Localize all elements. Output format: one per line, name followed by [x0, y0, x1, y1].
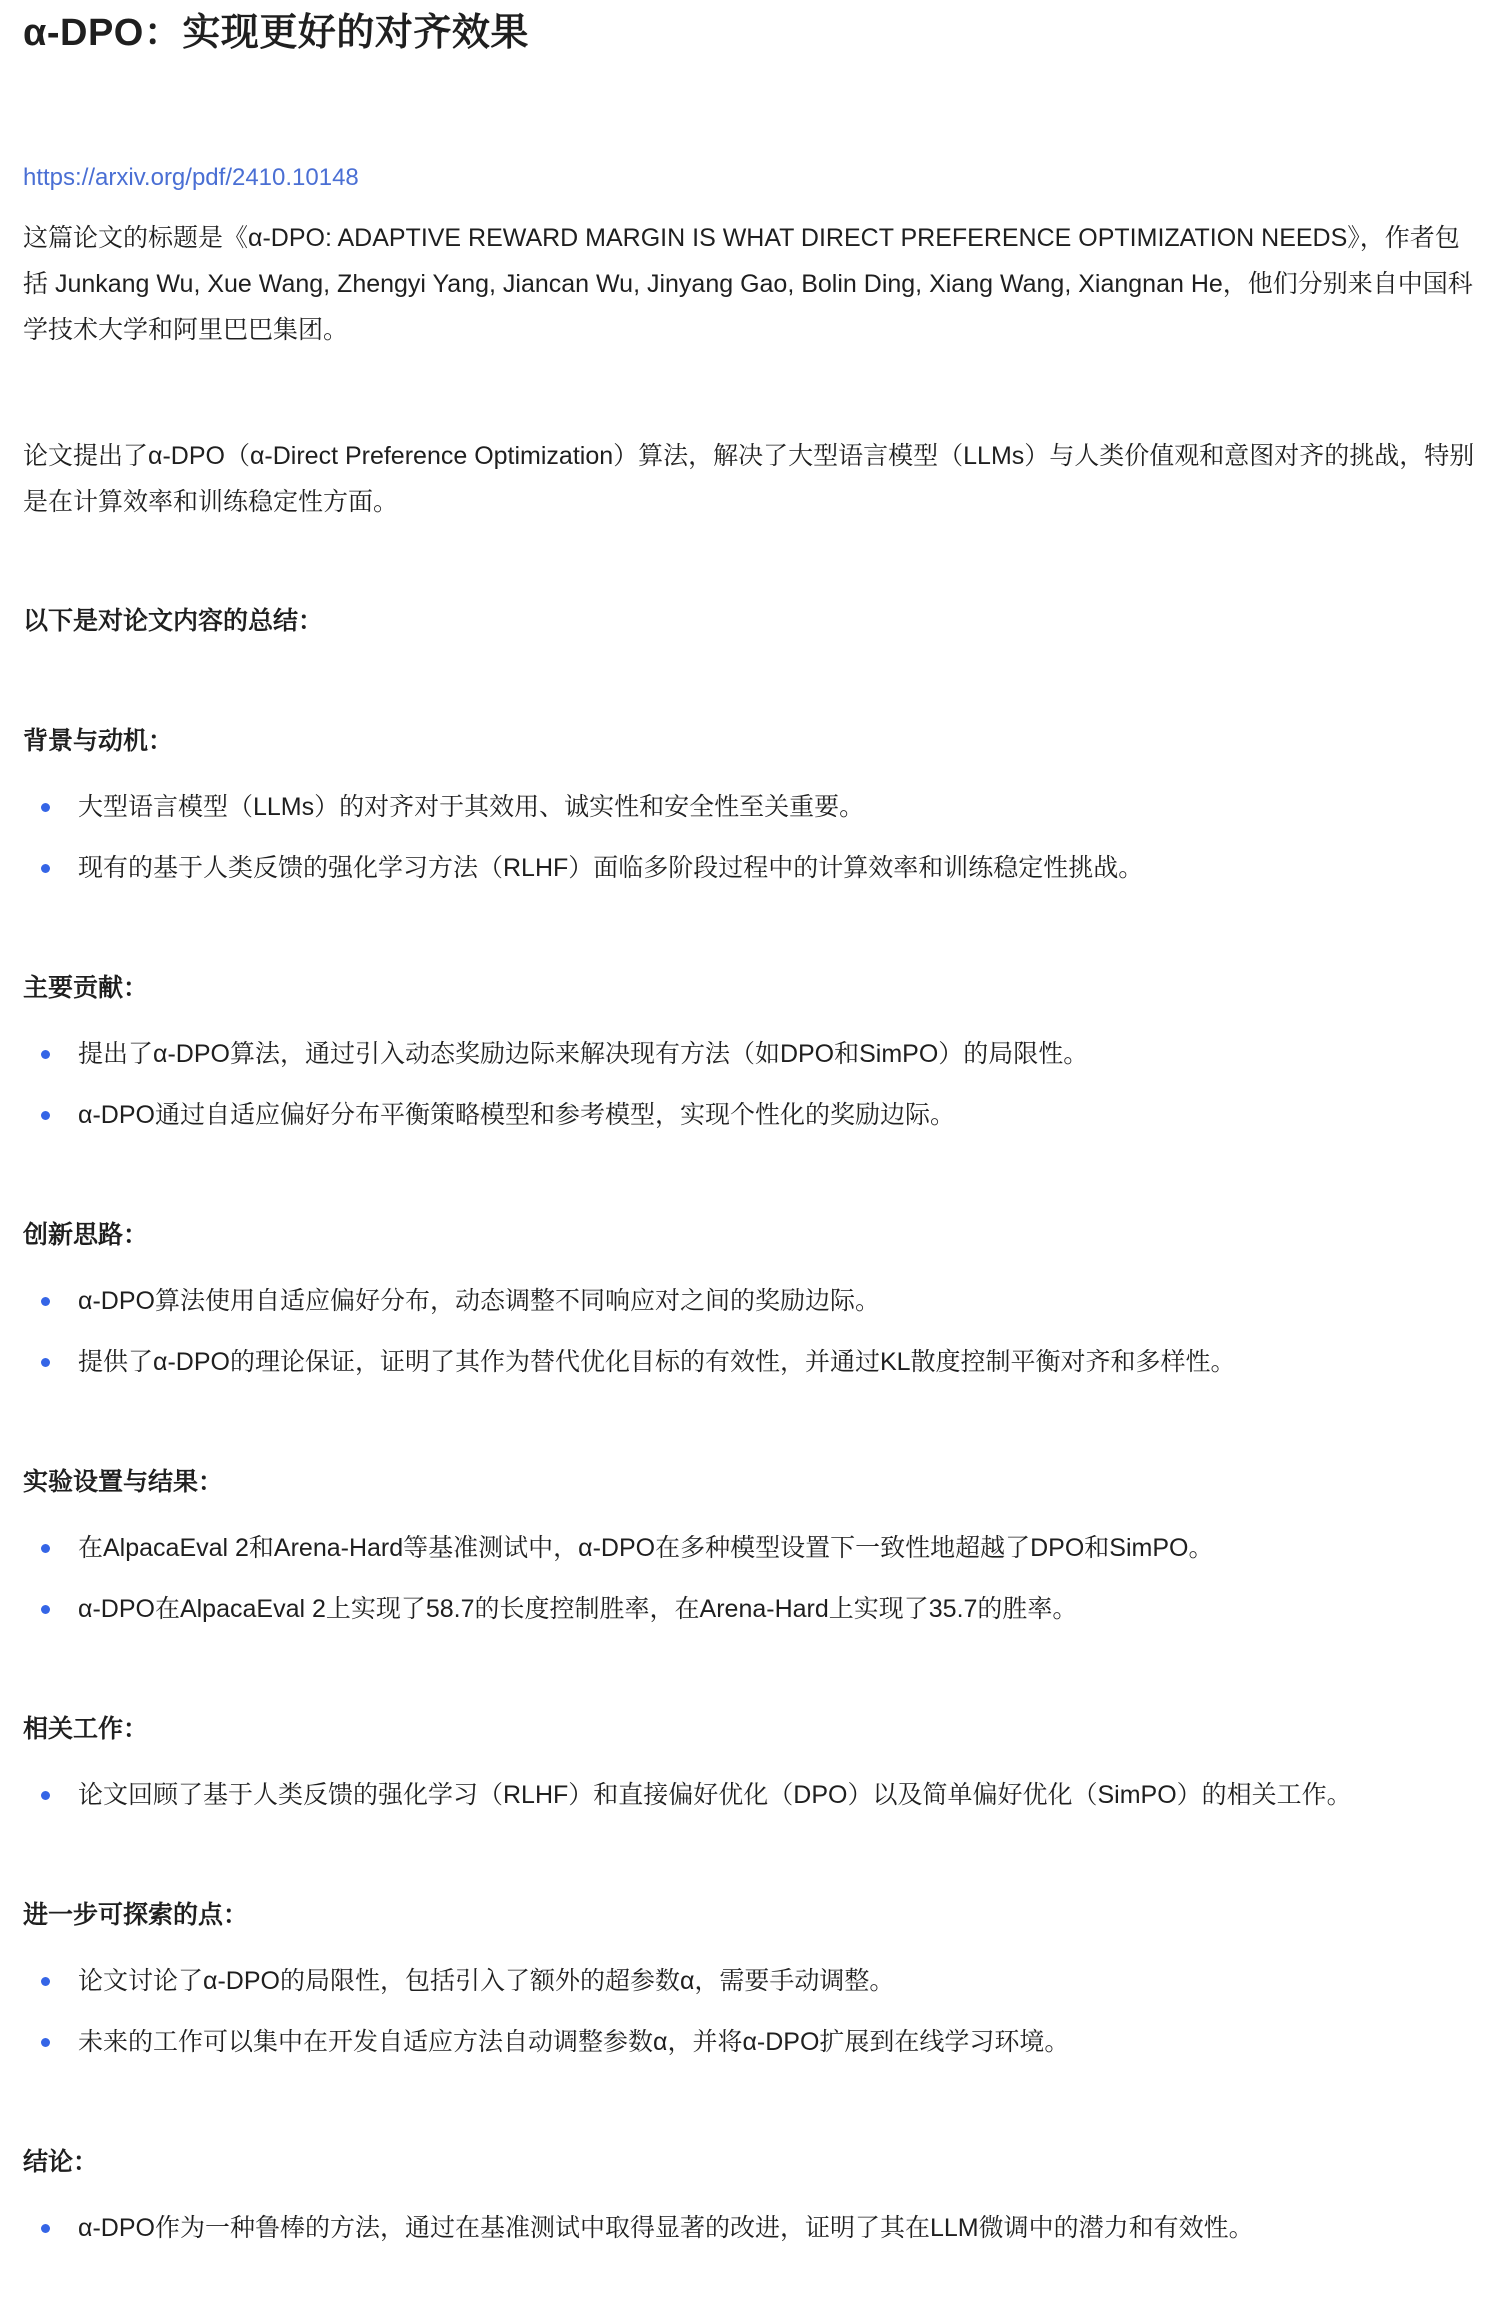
- section-heading: 背景与动机：: [23, 718, 1477, 764]
- bullet-list: 大型语言模型（LLMs）的对齐对于其效用、诚实性和安全性至关重要。现有的基于人类…: [23, 784, 1477, 891]
- summary-section: 主要贡献： 提出了α-DPO算法，通过引入动态奖励边际来解决现有方法（如DPO和…: [23, 965, 1477, 1138]
- summary-lead: 以下是对论文内容的总结：: [23, 598, 1477, 644]
- bullet-text: 大型语言模型（LLMs）的对齐对于其效用、诚实性和安全性至关重要。: [78, 784, 1477, 830]
- bullet-list: α-DPO算法使用自适应偏好分布，动态调整不同响应对之间的奖励边际。提供了α-D…: [23, 1278, 1477, 1385]
- section-heading: 主要贡献：: [23, 965, 1477, 1011]
- section-heading: 结论：: [23, 2139, 1477, 2185]
- section-heading: 进一步可探索的点：: [23, 1892, 1477, 1938]
- bullet-text: α-DPO作为一种鲁棒的方法，通过在基准测试中取得显著的改进，证明了其在LLM微…: [78, 2205, 1477, 2251]
- bullet-item: 提供了α-DPO的理论保证，证明了其作为替代优化目标的有效性，并通过KL散度控制…: [23, 1339, 1477, 1385]
- bullet-item: α-DPO通过自适应偏好分布平衡策略模型和参考模型，实现个性化的奖励边际。: [23, 1092, 1477, 1138]
- summary-section: 背景与动机： 大型语言模型（LLMs）的对齐对于其效用、诚实性和安全性至关重要。…: [23, 718, 1477, 891]
- bullet-item: α-DPO作为一种鲁棒的方法，通过在基准测试中取得显著的改进，证明了其在LLM微…: [23, 2205, 1477, 2251]
- bullet-text: α-DPO通过自适应偏好分布平衡策略模型和参考模型，实现个性化的奖励边际。: [78, 1092, 1477, 1138]
- bullet-dot-icon: [41, 1297, 50, 1306]
- intro-paragraph-2: 论文提出了α-DPO（α-Direct Preference Optimizat…: [23, 433, 1477, 525]
- bullet-list: 论文回顾了基于人类反馈的强化学习（RLHF）和直接偏好优化（DPO）以及简单偏好…: [23, 1772, 1477, 1818]
- bullet-item: 论文讨论了α-DPO的局限性，包括引入了额外的超参数α，需要手动调整。: [23, 1958, 1477, 2004]
- bullet-dot-icon: [41, 1977, 50, 1986]
- summary-section: 实验设置与结果： 在AlpacaEval 2和Arena-Hard等基准测试中，…: [23, 1459, 1477, 1632]
- summary-section: 进一步可探索的点： 论文讨论了α-DPO的局限性，包括引入了额外的超参数α，需要…: [23, 1892, 1477, 2065]
- bullet-text: 现有的基于人类反馈的强化学习方法（RLHF）面临多阶段过程中的计算效率和训练稳定…: [78, 845, 1477, 891]
- bullet-item: 大型语言模型（LLMs）的对齐对于其效用、诚实性和安全性至关重要。: [23, 784, 1477, 830]
- link-row: https://arxiv.org/pdf/2410.10148: [23, 160, 1477, 196]
- bullet-dot-icon: [41, 1544, 50, 1553]
- intro-paragraph-1: 这篇论文的标题是《α-DPO: ADAPTIVE REWARD MARGIN I…: [23, 215, 1477, 353]
- section-heading: 创新思路：: [23, 1212, 1477, 1258]
- section-heading: 相关工作：: [23, 1706, 1477, 1752]
- section-heading: 实验设置与结果：: [23, 1459, 1477, 1505]
- bullet-list: α-DPO作为一种鲁棒的方法，通过在基准测试中取得显著的改进，证明了其在LLM微…: [23, 2205, 1477, 2251]
- bullet-item: α-DPO在AlpacaEval 2上实现了58.7的长度控制胜率，在Arena…: [23, 1586, 1477, 1632]
- page-title: α-DPO：实现更好的对齐效果: [23, 8, 1477, 58]
- sections-container: 背景与动机： 大型语言模型（LLMs）的对齐对于其效用、诚实性和安全性至关重要。…: [23, 718, 1477, 2251]
- bullet-item: α-DPO算法使用自适应偏好分布，动态调整不同响应对之间的奖励边际。: [23, 1278, 1477, 1324]
- summary-section: 创新思路： α-DPO算法使用自适应偏好分布，动态调整不同响应对之间的奖励边际。…: [23, 1212, 1477, 1385]
- bullet-item: 提出了α-DPO算法，通过引入动态奖励边际来解决现有方法（如DPO和SimPO）…: [23, 1031, 1477, 1077]
- bullet-dot-icon: [41, 2224, 50, 2233]
- bullet-text: 在AlpacaEval 2和Arena-Hard等基准测试中，α-DPO在多种模…: [78, 1525, 1477, 1571]
- bullet-item: 在AlpacaEval 2和Arena-Hard等基准测试中，α-DPO在多种模…: [23, 1525, 1477, 1571]
- bullet-text: 论文回顾了基于人类反馈的强化学习（RLHF）和直接偏好优化（DPO）以及简单偏好…: [78, 1772, 1477, 1818]
- bullet-text: α-DPO在AlpacaEval 2上实现了58.7的长度控制胜率，在Arena…: [78, 1586, 1477, 1632]
- bullet-dot-icon: [41, 1358, 50, 1367]
- bullet-dot-icon: [41, 2038, 50, 2047]
- bullet-item: 现有的基于人类反馈的强化学习方法（RLHF）面临多阶段过程中的计算效率和训练稳定…: [23, 845, 1477, 891]
- bullet-dot-icon: [41, 1605, 50, 1614]
- bullet-text: 论文讨论了α-DPO的局限性，包括引入了额外的超参数α，需要手动调整。: [78, 1958, 1477, 2004]
- bullet-list: 在AlpacaEval 2和Arena-Hard等基准测试中，α-DPO在多种模…: [23, 1525, 1477, 1632]
- bullet-text: 提出了α-DPO算法，通过引入动态奖励边际来解决现有方法（如DPO和SimPO）…: [78, 1031, 1477, 1077]
- document-page: α-DPO：实现更好的对齐效果 https://arxiv.org/pdf/24…: [0, 0, 1500, 2268]
- bullet-text: α-DPO算法使用自适应偏好分布，动态调整不同响应对之间的奖励边际。: [78, 1278, 1477, 1324]
- bullet-dot-icon: [41, 864, 50, 873]
- bullet-dot-icon: [41, 1050, 50, 1059]
- summary-section: 结论： α-DPO作为一种鲁棒的方法，通过在基准测试中取得显著的改进，证明了其在…: [23, 2139, 1477, 2251]
- bullet-item: 未来的工作可以集中在开发自适应方法自动调整参数α，并将α-DPO扩展到在线学习环…: [23, 2019, 1477, 2065]
- bullet-dot-icon: [41, 1111, 50, 1120]
- bullet-item: 论文回顾了基于人类反馈的强化学习（RLHF）和直接偏好优化（DPO）以及简单偏好…: [23, 1772, 1477, 1818]
- bullet-list: 提出了α-DPO算法，通过引入动态奖励边际来解决现有方法（如DPO和SimPO）…: [23, 1031, 1477, 1138]
- bullet-text: 未来的工作可以集中在开发自适应方法自动调整参数α，并将α-DPO扩展到在线学习环…: [78, 2019, 1477, 2065]
- bullet-list: 论文讨论了α-DPO的局限性，包括引入了额外的超参数α，需要手动调整。未来的工作…: [23, 1958, 1477, 2065]
- bullet-text: 提供了α-DPO的理论保证，证明了其作为替代优化目标的有效性，并通过KL散度控制…: [78, 1339, 1477, 1385]
- bullet-dot-icon: [41, 803, 50, 812]
- bullet-dot-icon: [41, 1791, 50, 1800]
- summary-section: 相关工作： 论文回顾了基于人类反馈的强化学习（RLHF）和直接偏好优化（DPO）…: [23, 1706, 1477, 1818]
- arxiv-pdf-link[interactable]: https://arxiv.org/pdf/2410.10148: [23, 164, 359, 191]
